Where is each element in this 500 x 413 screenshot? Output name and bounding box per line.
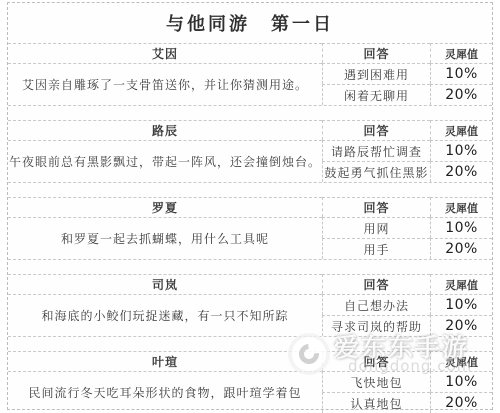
section-luoxia: 罗夏 回答 灵犀值 和罗夏一起去抓蝴蝶，用什么工具呢 用网 10% 用手 20% [8, 197, 492, 259]
answer-option: 用手 [322, 238, 430, 259]
column-header-value: 灵犀值 [430, 197, 492, 217]
guide-table: 与他同游 第一日 艾因 回答 灵犀值 艾因亲自雕琢了一支骨笛送你，并让你猜测用途… [7, 2, 493, 410]
question-text: 和海底的小鲛们玩捉迷藏，有一只不知所踪 [8, 294, 322, 336]
column-header-value: 灵犀值 [430, 351, 492, 371]
column-header-answer: 回答 [322, 43, 430, 63]
answer-option: 遇到困难用 [322, 63, 430, 84]
answer-option: 请路辰帮忙调查 [322, 140, 430, 161]
section-silan: 司岚 回答 灵犀值 和海底的小鲛们玩捉迷藏，有一只不知所踪 自己想办法 10% … [8, 274, 492, 336]
section-yexuan: 叶瑄 回答 灵犀值 民间流行冬天吃耳朵形状的食物，跟叶瑄学着包 飞快地包 10%… [8, 351, 492, 413]
answer-value: 10% [430, 217, 492, 238]
answer-value: 20% [430, 315, 492, 336]
answer-value: 20% [430, 392, 492, 413]
answer-value: 10% [430, 63, 492, 84]
answer-value: 10% [430, 140, 492, 161]
section-divider [8, 105, 492, 120]
character-name: 艾因 [8, 43, 322, 63]
answer-value: 10% [430, 294, 492, 315]
answer-option: 自己想办法 [322, 294, 430, 315]
answer-value: 20% [430, 84, 492, 105]
section-divider [8, 182, 492, 197]
column-header-answer: 回答 [322, 197, 430, 217]
column-header-value: 灵犀值 [430, 274, 492, 294]
section-aiyin: 艾因 回答 灵犀值 艾因亲自雕琢了一支骨笛送你，并让你猜测用途。 遇到困难用 1… [8, 43, 492, 105]
guide-page: 与他同游 第一日 艾因 回答 灵犀值 艾因亲自雕琢了一支骨笛送你，并让你猜测用途… [0, 0, 500, 413]
answer-option: 鼓起勇气抓住黑影 [322, 161, 430, 182]
section-luchen: 路辰 回答 灵犀值 午夜眼前总有黑影飘过，带起一阵风，还会撞倒烛台。 请路辰帮忙… [8, 120, 492, 182]
answer-value: 10% [430, 371, 492, 392]
section-divider [8, 336, 492, 351]
answer-option: 寻求司岚的帮助 [322, 315, 430, 336]
question-text: 午夜眼前总有黑影飘过，带起一阵风，还会撞倒烛台。 [8, 140, 322, 182]
column-header-answer: 回答 [322, 120, 430, 140]
question-text: 和罗夏一起去抓蝴蝶，用什么工具呢 [8, 217, 322, 259]
page-title: 与他同游 第一日 [8, 3, 492, 43]
section-divider [8, 259, 492, 274]
character-name: 罗夏 [8, 197, 322, 217]
character-name: 叶瑄 [8, 351, 322, 371]
column-header-value: 灵犀值 [430, 43, 492, 63]
answer-value: 20% [430, 238, 492, 259]
answer-option: 用网 [322, 217, 430, 238]
question-text: 艾因亲自雕琢了一支骨笛送你，并让你猜测用途。 [8, 63, 322, 105]
column-header-answer: 回答 [322, 351, 430, 371]
question-text: 民间流行冬天吃耳朵形状的食物，跟叶瑄学着包 [8, 371, 322, 413]
answer-option: 闲着无聊用 [322, 84, 430, 105]
answer-option: 认真地包 [322, 392, 430, 413]
character-name: 路辰 [8, 120, 322, 140]
answer-option: 飞快地包 [322, 371, 430, 392]
answer-value: 20% [430, 161, 492, 182]
character-name: 司岚 [8, 274, 322, 294]
column-header-answer: 回答 [322, 274, 430, 294]
column-header-value: 灵犀值 [430, 120, 492, 140]
